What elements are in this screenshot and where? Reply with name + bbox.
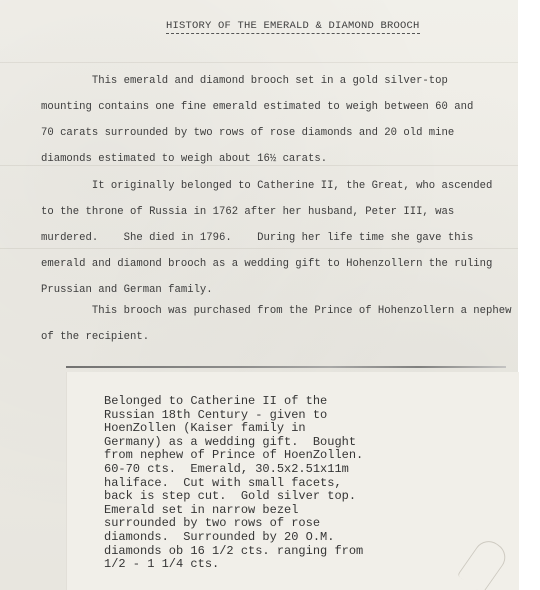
body-line: This emerald and diamond brooch set in a… [41, 75, 448, 87]
body-line: Prussian and German family. [41, 284, 213, 296]
note-slip-line: diamonds. Surrounded by 20 O.M. [104, 531, 363, 545]
body-line: This brooch was purchased from the Princ… [41, 305, 511, 317]
note-slip-line: Emerald set in narrow bezel [104, 504, 363, 518]
paper-fold-line [0, 62, 518, 63]
paper-fold-line [0, 248, 518, 249]
section-divider [66, 366, 506, 368]
body-line: It originally belonged to Catherine II, … [41, 180, 492, 192]
note-slip-line: Russian 18th Century - given to [104, 409, 363, 423]
note-slip-line: 1/2 - 1 1/4 cts. [104, 558, 363, 572]
note-slip-line: surrounded by two rows of rose [104, 517, 363, 531]
body-line: emerald and diamond brooch as a wedding … [41, 258, 492, 270]
body-line: murdered. She died in 1796. During her l… [41, 232, 473, 244]
body-line: to the throne of Russia in 1762 after he… [41, 206, 454, 218]
note-slip-line: from nephew of Prince of HoenZollen. [104, 449, 363, 463]
note-slip-line: haliface. Cut with small facets, [104, 477, 363, 491]
body-line: 70 carats surrounded by two rows of rose… [41, 127, 454, 139]
note-slip-text: Belonged to Catherine II of theRussian 1… [104, 395, 363, 572]
paper-fold-line [0, 165, 518, 166]
note-slip-line: diamonds ob 16 1/2 cts. ranging from [104, 545, 363, 559]
body-line: diamonds estimated to weigh about 16½ ca… [41, 153, 327, 165]
note-slip-line: HoenZollen (Kaiser family in [104, 422, 363, 436]
note-slip-line: Belonged to Catherine II of the [104, 395, 363, 409]
document-title: HISTORY OF THE EMERALD & DIAMOND BROOCH [166, 20, 420, 34]
note-slip-line: back is step cut. Gold silver top. [104, 490, 363, 504]
note-slip-line: 60-70 cts. Emerald, 30.5x2.51x11m [104, 463, 363, 477]
body-line: mounting contains one fine emerald estim… [41, 101, 473, 113]
note-slip-line: Germany) as a wedding gift. Bought [104, 436, 363, 450]
body-line: of the recipient. [41, 331, 149, 343]
